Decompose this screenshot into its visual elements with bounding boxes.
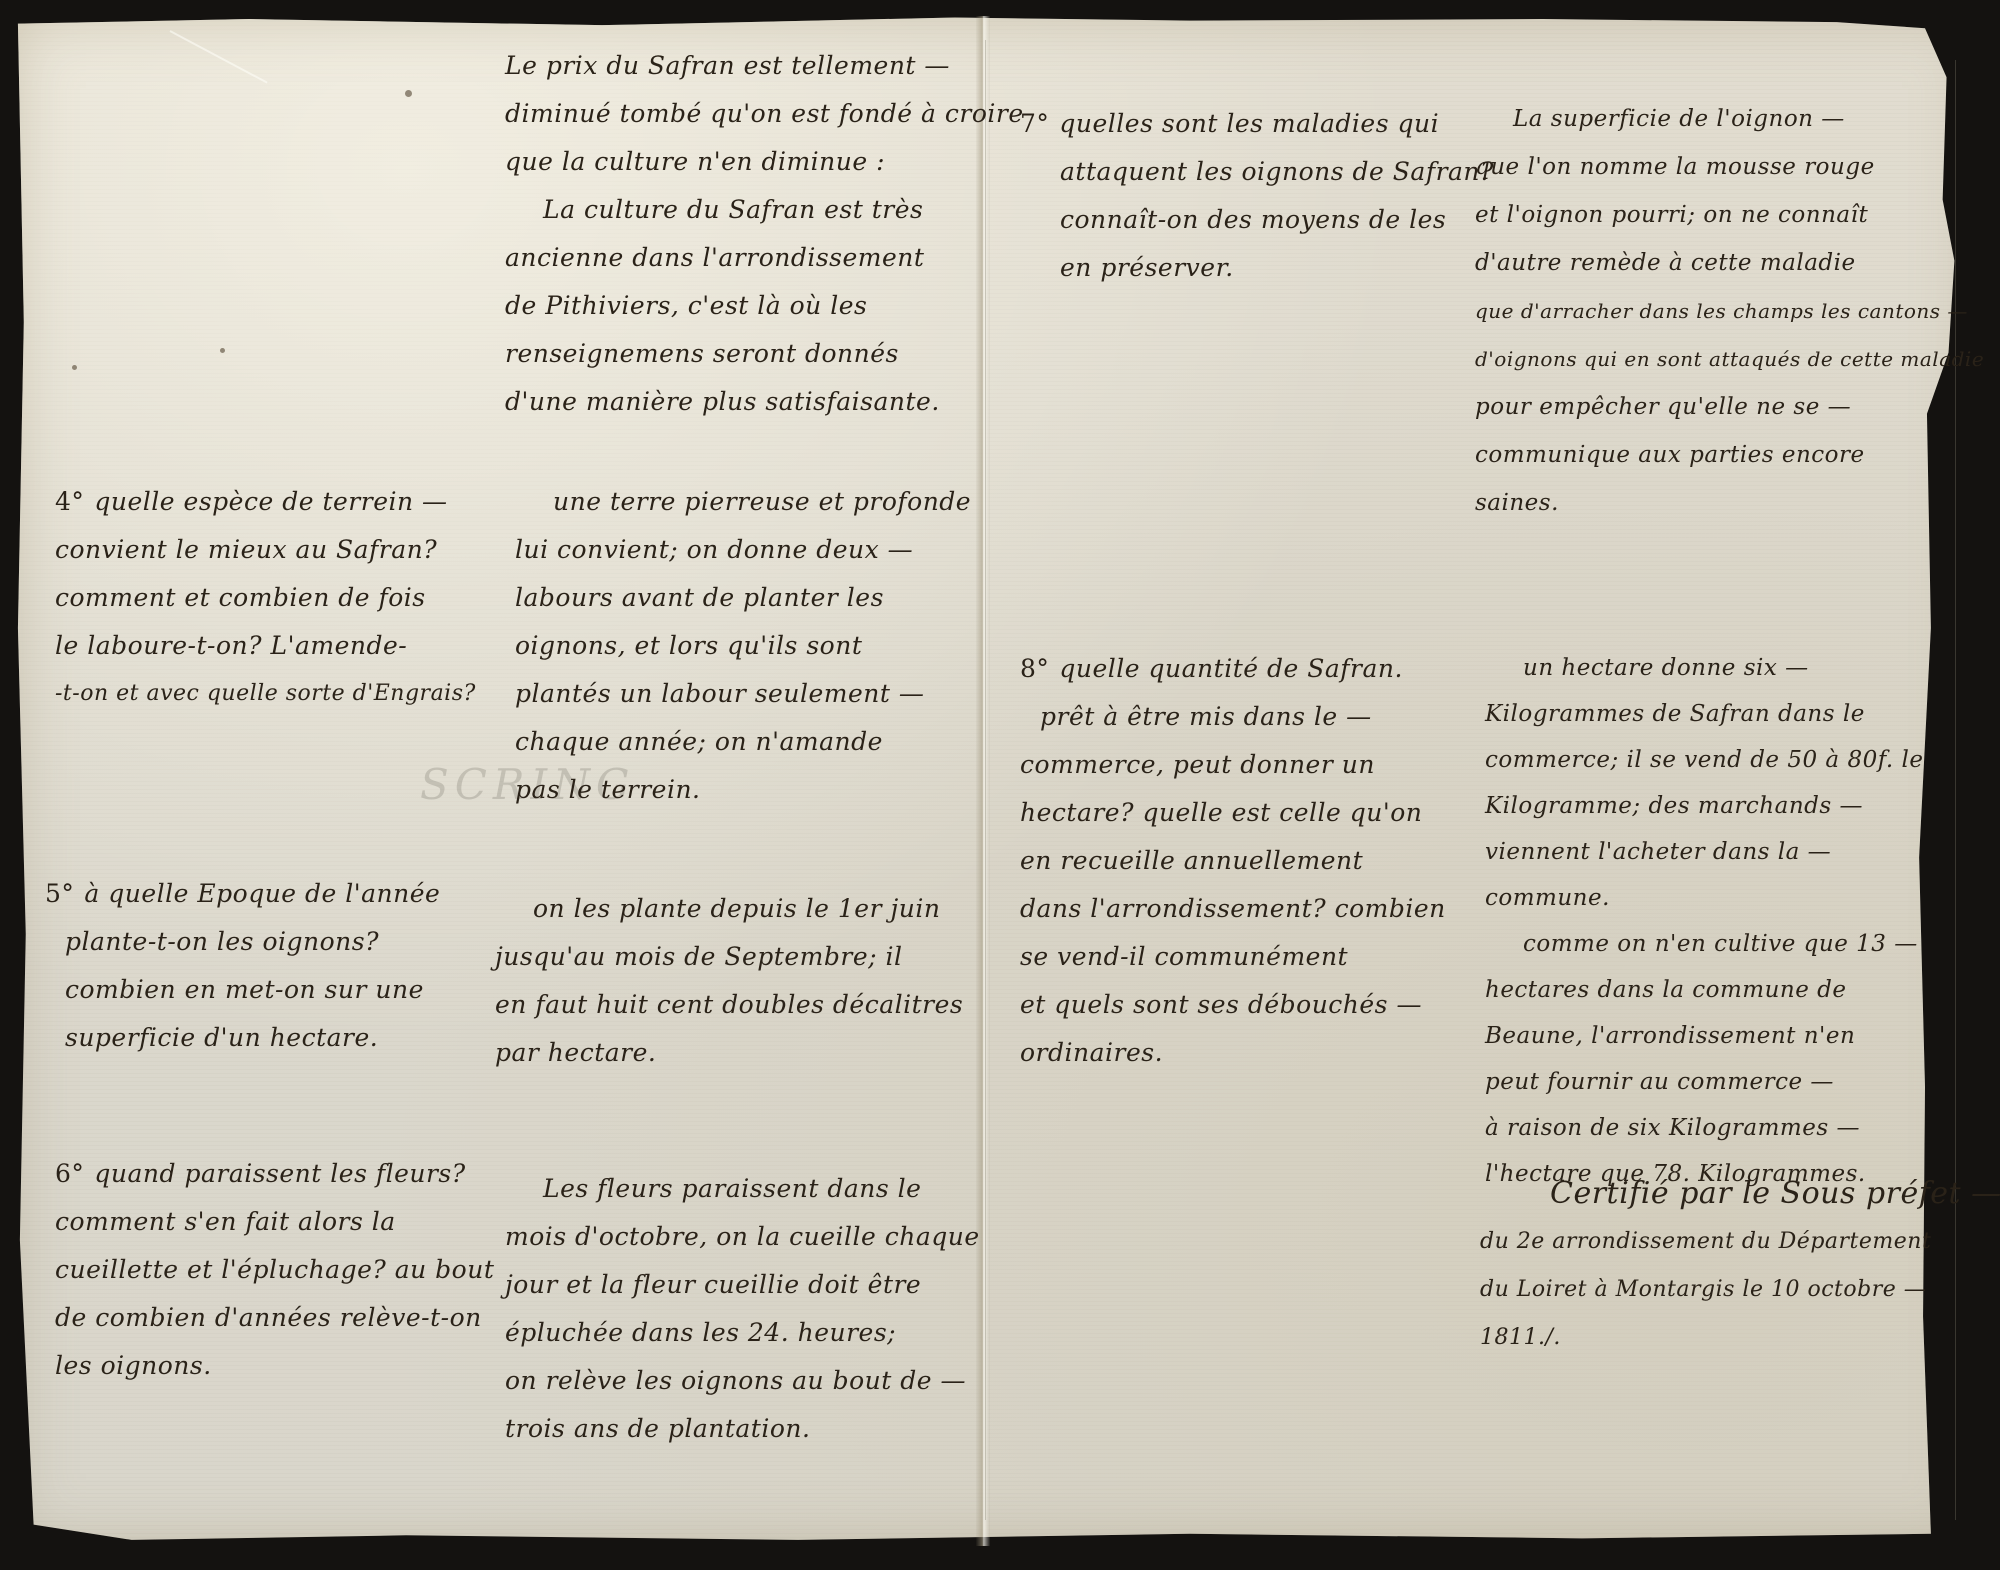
text-line: prêt à être mis dans le —	[1020, 693, 1446, 741]
text-line: que la culture n'en diminue :	[505, 138, 1024, 186]
answer-5: on les plante depuis le 1er juin jusqu'a…	[495, 885, 963, 1077]
text-line: commerce; il se vend de 50 à 80f. le	[1485, 737, 1924, 783]
text-line: 1811./.	[1480, 1314, 2000, 1362]
text-line: pour empêcher qu'elle ne se —	[1475, 383, 1984, 431]
text-line: ordinaires.	[1020, 1029, 1446, 1077]
text-line: La culture du Safran est très	[505, 186, 1024, 234]
text-line: dans l'arrondissement? combien	[1020, 885, 1446, 933]
text-line: quelles sont les maladies qui	[1059, 109, 1439, 138]
text-line: en recueille annuellement	[1020, 837, 1446, 885]
question-5: 5°à quelle Epoque de l'année plante-t-on…	[45, 870, 440, 1062]
answer-6: Les fleurs paraissent dans le mois d'oct…	[505, 1165, 980, 1453]
text-line: comment et combien de fois	[55, 574, 476, 622]
certification-signature: Certifié par le Sous préfet — du 2e arro…	[1480, 1170, 2000, 1362]
text-line: plante-t-on les oignons?	[45, 918, 440, 966]
text-line: lui convient; on donne deux —	[515, 526, 971, 574]
text-line: on les plante depuis le 1er juin	[495, 885, 963, 933]
question-4: 4°quelle espèce de terrein — convient le…	[55, 478, 476, 718]
text-line: Le prix du Safran est tellement —	[505, 42, 1024, 90]
text-line: le laboure-t-on? L'amende-	[55, 622, 476, 670]
answer-4: une terre pierreuse et profonde lui conv…	[515, 478, 971, 814]
text-line: combien en met-on sur une	[45, 966, 440, 1014]
text-line: du Loiret à Montargis le 10 octobre —	[1480, 1266, 2000, 1314]
text-line: cueillette et l'épluchage? au bout	[55, 1246, 494, 1294]
text-line: chaque année; on n'amande	[515, 718, 971, 766]
text-line: superficie d'un hectare.	[45, 1014, 440, 1062]
text-line: jusqu'au mois de Septembre; il	[495, 933, 963, 981]
text-line: trois ans de plantation.	[505, 1405, 980, 1453]
text-line: pas le terrein.	[515, 766, 971, 814]
text-line: oignons, et lors qu'ils sont	[515, 622, 971, 670]
text-line: une terre pierreuse et profonde	[515, 478, 971, 526]
text-line: un hectare donne six —	[1485, 645, 1924, 691]
text-line: diminué tombé qu'on est fondé à croire	[505, 90, 1024, 138]
text-line: connaît-on des moyens de les	[1020, 196, 1494, 244]
text-line: les oignons.	[55, 1342, 494, 1390]
answer-8: un hectare donne six — Kilogrammes de Sa…	[1485, 645, 1924, 1197]
text-line: Kilogramme; des marchands —	[1485, 783, 1924, 829]
question-number: 8°	[1020, 654, 1049, 683]
text-line: ancienne dans l'arrondissement	[505, 234, 1024, 282]
text-line: quelle quantité de Safran.	[1059, 654, 1403, 683]
text-line: à raison de six Kilogrammes —	[1485, 1105, 1924, 1151]
text-line: on relève les oignons au bout de —	[505, 1357, 980, 1405]
text-line: commerce, peut donner un	[1020, 741, 1446, 789]
text-line: commune.	[1485, 875, 1924, 921]
text-line: de combien d'années relève-t-on	[55, 1294, 494, 1342]
text-line: d'une manière plus satisfaisante.	[505, 378, 1024, 426]
text-line: que l'on nomme la mousse rouge	[1475, 143, 1984, 191]
text-line: convient le mieux au Safran?	[55, 526, 476, 574]
question-7: 7°quelles sont les maladies qui attaquen…	[1020, 100, 1494, 292]
text-line: Les fleurs paraissent dans le	[505, 1165, 980, 1213]
text-line: Beaune, l'arrondissement n'en	[1485, 1013, 1924, 1059]
ink-spot	[405, 90, 412, 97]
text-line: La superficie de l'oignon —	[1475, 95, 1984, 143]
text-line: hectares dans la commune de	[1485, 967, 1924, 1013]
text-line: peut fournir au commerce —	[1485, 1059, 1924, 1105]
text-line: en faut huit cent doubles décalitres	[495, 981, 963, 1029]
text-line: se vend-il communément	[1020, 933, 1446, 981]
text-line: attaquent les oignons de Safran?	[1020, 148, 1494, 196]
text-line: quand paraissent les fleurs?	[94, 1159, 465, 1188]
text-line: de Pithiviers, c'est là où les	[505, 282, 1024, 330]
text-line: que d'arracher dans les champs les canto…	[1475, 287, 1984, 335]
text-line: hectare? quelle est celle qu'on	[1020, 789, 1446, 837]
question-number: 5°	[45, 879, 74, 908]
text-line: plantés un labour seulement —	[515, 670, 971, 718]
question-number: 7°	[1020, 109, 1049, 138]
text-line: -t-on et avec quelle sorte d'Engrais?	[55, 670, 476, 718]
text-line: labours avant de planter les	[515, 574, 971, 622]
question-number: 6°	[55, 1159, 84, 1188]
ink-spot	[220, 348, 225, 353]
text-line: mois d'octobre, on la cueille chaque	[505, 1213, 980, 1261]
text-line: renseignemens seront donnés	[505, 330, 1024, 378]
text-line: du 2e arrondissement du Département	[1480, 1218, 2000, 1266]
text-line: à quelle Epoque de l'année	[84, 879, 440, 908]
ink-spot	[72, 365, 77, 370]
text-line: par hectare.	[495, 1029, 963, 1077]
text-line: Kilogrammes de Safran dans le	[1485, 691, 1924, 737]
question-8: 8°quelle quantité de Safran. prêt à être…	[1020, 645, 1446, 1077]
text-line: quelle espèce de terrein —	[94, 487, 447, 516]
answer-7: La superficie de l'oignon — que l'on nom…	[1475, 95, 1984, 527]
text-line: épluchée dans les 24. heures;	[505, 1309, 980, 1357]
text-line: en préserver.	[1020, 244, 1494, 292]
text-line: comment s'en fait alors la	[55, 1198, 494, 1246]
text-line: Certifié par le Sous préfet —	[1480, 1170, 2000, 1218]
text-line: comme on n'en cultive que 13 —	[1485, 921, 1924, 967]
text-line: et quels sont ses débouchés —	[1020, 981, 1446, 1029]
text-line: viennent l'acheter dans la —	[1485, 829, 1924, 875]
text-line: d'oignons qui en sont attaqués de cette …	[1475, 335, 1984, 383]
text-line: d'autre remède à cette maladie	[1475, 239, 1984, 287]
top-answer-continued: Le prix du Safran est tellement — diminu…	[505, 42, 1024, 426]
text-line: jour et la fleur cueillie doit être	[505, 1261, 980, 1309]
text-line: et l'oignon pourri; on ne connaît	[1475, 191, 1984, 239]
question-6: 6°quand paraissent les fleurs? comment s…	[55, 1150, 494, 1390]
text-line: communique aux parties encore	[1475, 431, 1984, 479]
text-line: saines.	[1475, 479, 1984, 527]
question-number: 4°	[55, 487, 84, 516]
